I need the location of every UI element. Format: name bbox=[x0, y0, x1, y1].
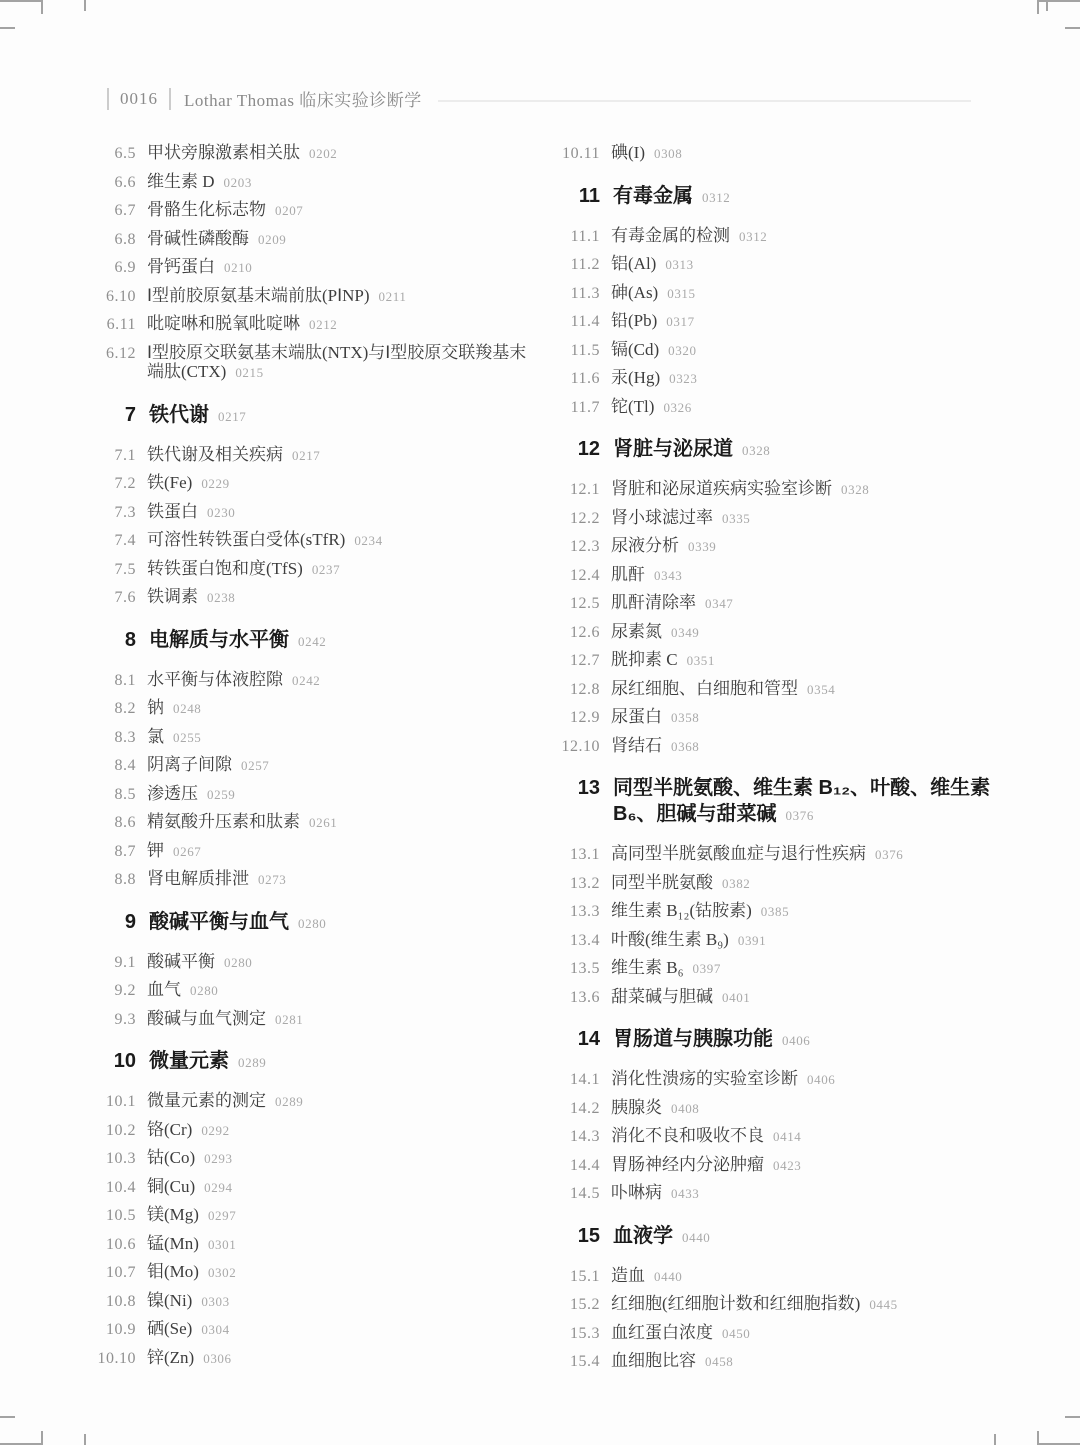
toc-entry-row: 7.3 铁蛋白0230 bbox=[88, 502, 540, 523]
toc-entry-page: 0323 bbox=[669, 371, 697, 386]
toc-chapter-number: 8 bbox=[88, 627, 136, 653]
toc-entry-title: 渗透压 bbox=[147, 784, 198, 803]
toc-entry-row: 7.1 铁代谢及相关疾病0217 bbox=[88, 445, 540, 466]
toc-entry-title: 铁(Fe) bbox=[147, 473, 192, 492]
toc-entry-title-wrap: 渗透压0259 bbox=[147, 784, 540, 805]
toc-entry-page: 0302 bbox=[208, 1265, 236, 1280]
toc-entry-title: 甜菜碱与胆碱 bbox=[611, 987, 713, 1006]
crop-line bbox=[41, 1431, 43, 1445]
toc-entry-number: 10.10 bbox=[88, 1349, 136, 1369]
toc-entry-number: 8.6 bbox=[88, 813, 136, 833]
toc-entry-number: 10.9 bbox=[88, 1320, 136, 1340]
toc-chapter-number: 11 bbox=[548, 183, 600, 209]
toc-entry-row: 15.2 红细胞(红细胞计数和红细胞指数)0445 bbox=[548, 1294, 1006, 1315]
toc-entry-title: 肾结石 bbox=[611, 736, 662, 755]
toc-entry-number: 10.1 bbox=[88, 1092, 136, 1112]
toc-entry-page: 0301 bbox=[208, 1237, 236, 1252]
toc-entry-title: 锰(Mn) bbox=[147, 1234, 199, 1253]
toc-entry-title-wrap: 胃肠神经内分泌肿瘤0423 bbox=[611, 1155, 1006, 1176]
toc-chapter-title: 血液学 bbox=[613, 1225, 673, 1247]
toc-entry-row: 7.6 铁调素0238 bbox=[88, 587, 540, 608]
toc-entry-title-wrap: 造血0440 bbox=[611, 1266, 1006, 1287]
toc-entry-page: 0215 bbox=[235, 365, 263, 380]
toc-entry-row: 10.1 微量元素的测定0289 bbox=[88, 1091, 540, 1112]
toc-entry-number: 14.4 bbox=[548, 1156, 600, 1176]
toc-entry-page: 0306 bbox=[203, 1351, 231, 1366]
toc-entry-title-wrap: 镍(Ni)0303 bbox=[147, 1291, 540, 1312]
toc-entry-row: 8.4 阴离子间隙0257 bbox=[88, 755, 540, 776]
toc-entry-row: 10.3 钴(Co)0293 bbox=[88, 1148, 540, 1169]
toc-entry-page: 0259 bbox=[207, 787, 235, 802]
toc-entry-title-wrap: 肾电解质排泄0273 bbox=[147, 869, 540, 890]
toc-entry-row: 12.7 胱抑素 C0351 bbox=[548, 650, 1006, 671]
toc-entry-title-wrap: 血气0280 bbox=[147, 980, 540, 1001]
toc-entry-title: 骨骼生化标志物 bbox=[147, 200, 266, 219]
toc-entry-row: 12.6 尿素氮0349 bbox=[548, 622, 1006, 643]
crop-line bbox=[1037, 1431, 1039, 1445]
toc-entry-page: 0433 bbox=[671, 1186, 699, 1201]
toc-entry-page: 0273 bbox=[258, 872, 286, 887]
toc-entry-row: 8.5 渗透压0259 bbox=[88, 784, 540, 805]
toc-entry-title-wrap: 胰腺炎0408 bbox=[611, 1098, 1006, 1119]
toc-entry-page: 0382 bbox=[722, 876, 750, 891]
running-book-title: Lothar Thomas 临床实验诊断学 bbox=[184, 86, 422, 111]
toc-entry-number: 15.3 bbox=[548, 1324, 600, 1344]
crop-line bbox=[1065, 1416, 1080, 1418]
toc-entry-row: 6.5 甲状旁腺激素相关肽0202 bbox=[88, 143, 540, 164]
toc-entry-title-wrap: 汞(Hg)0323 bbox=[611, 368, 1006, 389]
toc-entry-page: 0445 bbox=[869, 1297, 897, 1312]
toc-entry-row: 12.5 肌酐清除率0347 bbox=[548, 593, 1006, 614]
toc-entry-row: 9.1 酸碱平衡0280 bbox=[88, 952, 540, 973]
toc-entry-page: 0414 bbox=[773, 1129, 801, 1144]
toc-entry-page: 0255 bbox=[173, 730, 201, 745]
toc-entry-title: 钴(Co) bbox=[147, 1148, 195, 1167]
toc-entry-number: 10.7 bbox=[88, 1263, 136, 1283]
toc-entry-number: 15.2 bbox=[548, 1295, 600, 1315]
toc-entry-number: 8.3 bbox=[88, 728, 136, 748]
toc-entry-page: 0237 bbox=[312, 562, 340, 577]
toc-entry-title-wrap: 钼(Mo)0302 bbox=[147, 1262, 540, 1283]
toc-entry-title-wrap: 铅(Pb)0317 bbox=[611, 311, 1006, 332]
toc-entry-page: 0229 bbox=[201, 476, 229, 491]
toc-entry-number: 14.3 bbox=[548, 1127, 600, 1147]
toc-entry-row: 12.1 肾脏和泌尿道疾病实验室诊断0328 bbox=[548, 479, 1006, 500]
toc-entry-title-wrap: 骨碱性磷酸酶0209 bbox=[147, 229, 540, 250]
toc-entry-page: 0230 bbox=[207, 505, 235, 520]
toc-entry-title-wrap: 氯0255 bbox=[147, 727, 540, 748]
toc-entry-page: 0212 bbox=[309, 317, 337, 332]
toc-entry-page: 0315 bbox=[667, 286, 695, 301]
toc-entry-row: 10.7 钼(Mo)0302 bbox=[88, 1262, 540, 1283]
toc-entry-title-wrap: 尿素氮0349 bbox=[611, 622, 1006, 643]
toc-entry-title: 血气 bbox=[147, 980, 181, 999]
toc-entry-number: 15.4 bbox=[548, 1352, 600, 1372]
toc-entry-number: 11.2 bbox=[548, 255, 600, 275]
toc-entry-page: 0248 bbox=[173, 701, 201, 716]
crop-line bbox=[1065, 27, 1080, 29]
toc-entry-title-wrap: 阴离子间隙0257 bbox=[147, 755, 540, 776]
toc-entry-title-wrap: 同型半胱氨酸0382 bbox=[611, 873, 1006, 894]
toc-entry-title: 铊(Tl) bbox=[611, 397, 654, 416]
toc-entry-row: 8.1 水平衡与体液腔隙0242 bbox=[88, 670, 540, 691]
toc-entry-number: 13.1 bbox=[548, 845, 600, 865]
toc-entry-number: 14.2 bbox=[548, 1099, 600, 1119]
toc-entry-title: 钼(Mo) bbox=[147, 1262, 199, 1281]
toc-chapter-page: 0328 bbox=[742, 443, 770, 458]
toc-entry-row: 6.6 维生素 D0203 bbox=[88, 172, 540, 193]
toc-entry-number: 12.7 bbox=[548, 651, 600, 671]
toc-entry-number: 9.2 bbox=[88, 981, 136, 1001]
toc-entry-row: 10.11 碘(I)0308 bbox=[548, 143, 1006, 164]
toc-entry-number: 6.10 bbox=[88, 287, 136, 307]
toc-chapter-title: 肾脏与泌尿道 bbox=[613, 438, 733, 460]
toc-entry-row: 13.2 同型半胱氨酸0382 bbox=[548, 873, 1006, 894]
toc-entry-page: 0408 bbox=[671, 1101, 699, 1116]
toc-entry-title: 骨钙蛋白 bbox=[147, 257, 215, 276]
toc-entry-number: 6.7 bbox=[88, 201, 136, 221]
toc-chapter-page: 0242 bbox=[298, 634, 326, 649]
toc-entry-title: 酸碱与血气测定 bbox=[147, 1009, 266, 1028]
toc-entry-title: 铬(Cr) bbox=[147, 1120, 192, 1139]
toc-entry-row: 11.4 铅(Pb)0317 bbox=[548, 311, 1006, 332]
toc-entry-page: 0354 bbox=[807, 682, 835, 697]
toc-entry-number: 10.6 bbox=[88, 1235, 136, 1255]
toc-entry-row: 15.3 血红蛋白浓度0450 bbox=[548, 1323, 1006, 1344]
toc-entry-page: 0210 bbox=[224, 260, 252, 275]
toc-entry-title: 锌(Zn) bbox=[147, 1348, 194, 1367]
toc-entry-title: 酸碱平衡 bbox=[147, 952, 215, 971]
toc-entry-title-wrap: 血红蛋白浓度0450 bbox=[611, 1323, 1006, 1344]
toc-entry-title-wrap: 维生素 B₁₂(钴胺素)0385 bbox=[611, 901, 1006, 922]
toc-chapter-title: 酸碱平衡与血气 bbox=[149, 911, 289, 933]
toc-chapter-title-wrap: 血液学0440 bbox=[613, 1223, 1006, 1251]
toc-chapter-row: 15 血液学0440 bbox=[548, 1223, 1006, 1251]
toc-entry-number: 6.9 bbox=[88, 258, 136, 278]
toc-entry-row: 12.9 尿蛋白0358 bbox=[548, 707, 1006, 728]
toc-entry-title-wrap: 消化不良和吸收不良0414 bbox=[611, 1126, 1006, 1147]
toc-entry-title-wrap: 酸碱与血气测定0281 bbox=[147, 1009, 540, 1030]
toc-entry-page: 0397 bbox=[693, 961, 721, 976]
toc-entry-page: 0257 bbox=[241, 758, 269, 773]
toc-entry-number: 12.4 bbox=[548, 566, 600, 586]
toc-entry-page: 0217 bbox=[292, 448, 320, 463]
toc-entry-number: 11.6 bbox=[548, 369, 600, 389]
toc-entry-number: 10.2 bbox=[88, 1121, 136, 1141]
toc-entry-title: 镉(Cd) bbox=[611, 340, 659, 359]
toc-entry-number: 8.1 bbox=[88, 671, 136, 691]
toc-entry-row: 14.5 卟啉病0433 bbox=[548, 1183, 1006, 1204]
toc-entry-row: 11.5 镉(Cd)0320 bbox=[548, 340, 1006, 361]
toc-entry-title: 尿蛋白 bbox=[611, 707, 662, 726]
toc-entry-title-wrap: 钴(Co)0293 bbox=[147, 1148, 540, 1169]
toc-entry-title: 钾 bbox=[147, 841, 164, 860]
toc-chapter-row: 8 电解质与水平衡0242 bbox=[88, 627, 540, 655]
toc-entry-title-wrap: 红细胞(红细胞计数和红细胞指数)0445 bbox=[611, 1294, 1006, 1315]
toc-entry-number: 7.5 bbox=[88, 560, 136, 580]
toc-chapter-row: 14 胃肠道与胰腺功能0406 bbox=[548, 1026, 1006, 1054]
toc-entry-page: 0385 bbox=[761, 904, 789, 919]
toc-entry-number: 11.5 bbox=[548, 341, 600, 361]
toc-entry-title-wrap: 肾脏和泌尿道疾病实验室诊断0328 bbox=[611, 479, 1006, 500]
header-divider-bar bbox=[107, 88, 109, 110]
toc-entry-title: 维生素 B₆ bbox=[611, 958, 684, 977]
toc-entry-number: 15.1 bbox=[548, 1267, 600, 1287]
toc-entry-title-wrap: 钾0267 bbox=[147, 841, 540, 862]
toc-entry-page: 0349 bbox=[671, 625, 699, 640]
toc-entry-row: 11.2 铝(Al)0313 bbox=[548, 254, 1006, 275]
toc-entry-row: 7.4 可溶性转铁蛋白受体(sTfR)0234 bbox=[88, 530, 540, 551]
toc-entry-page: 0203 bbox=[224, 175, 252, 190]
toc-entry-title: 微量元素的测定 bbox=[147, 1091, 266, 1110]
toc-chapter-title: 有毒金属 bbox=[613, 185, 693, 207]
toc-entry-title: 精氨酸升压素和肽素 bbox=[147, 812, 300, 831]
toc-entry-row: 14.2 胰腺炎0408 bbox=[548, 1098, 1006, 1119]
toc-chapter-page: 0376 bbox=[786, 808, 814, 823]
toc-chapter-title-wrap: 肾脏与泌尿道0328 bbox=[613, 436, 1006, 464]
toc-entry-title-wrap: 锰(Mn)0301 bbox=[147, 1234, 540, 1255]
toc-entry-number: 9.1 bbox=[88, 953, 136, 973]
toc-entry-title-wrap: 铬(Cr)0292 bbox=[147, 1120, 540, 1141]
toc-entry-title: 胱抑素 C bbox=[611, 650, 678, 669]
toc-entry-row: 7.2 铁(Fe)0229 bbox=[88, 473, 540, 494]
toc-entry-number: 7.2 bbox=[88, 474, 136, 494]
toc-entry-number: 10.5 bbox=[88, 1206, 136, 1226]
toc-entry-title-wrap: 尿液分析0339 bbox=[611, 536, 1006, 557]
toc-entry-page: 0308 bbox=[654, 146, 682, 161]
toc-entry-page: 0207 bbox=[275, 203, 303, 218]
toc-entry-row: 9.3 酸碱与血气测定0281 bbox=[88, 1009, 540, 1030]
toc-entry-row: 10.2 铬(Cr)0292 bbox=[88, 1120, 540, 1141]
toc-entry-row: 6.9 骨钙蛋白0210 bbox=[88, 257, 540, 278]
toc-chapter-title-wrap: 有毒金属0312 bbox=[613, 183, 1006, 211]
toc-entry-row: 6.12 Ⅰ型胶原交联氨基末端肽(NTX)与Ⅰ型胶原交联羧基末端肽(CTX)02… bbox=[88, 343, 540, 383]
toc-entry-title-wrap: 镉(Cd)0320 bbox=[611, 340, 1006, 361]
toc-entry-row: 14.1 消化性溃疡的实验室诊断0406 bbox=[548, 1069, 1006, 1090]
toc-entry-row: 14.4 胃肠神经内分泌肿瘤0423 bbox=[548, 1155, 1006, 1176]
toc-chapter-row: 12 肾脏与泌尿道0328 bbox=[548, 436, 1006, 464]
toc-entry-title-wrap: 镁(Mg)0297 bbox=[147, 1205, 540, 1226]
toc-entry-title-wrap: 肌酐清除率0347 bbox=[611, 593, 1006, 614]
toc-entry-number: 13.2 bbox=[548, 874, 600, 894]
toc-entry-title: 铅(Pb) bbox=[611, 311, 657, 330]
toc-entry-row: 6.11 吡啶啉和脱氧吡啶啉0212 bbox=[88, 314, 540, 335]
toc-entry-number: 8.8 bbox=[88, 870, 136, 890]
toc-entry-page: 0320 bbox=[668, 343, 696, 358]
toc-entry-number: 12.3 bbox=[548, 537, 600, 557]
toc-entry-title-wrap: 甜菜碱与胆碱0401 bbox=[611, 987, 1006, 1008]
toc-entry-page: 0281 bbox=[275, 1012, 303, 1027]
toc-entry-number: 12.6 bbox=[548, 623, 600, 643]
toc-entry-page: 0238 bbox=[207, 590, 235, 605]
toc-entry-number: 6.5 bbox=[88, 144, 136, 164]
toc-entry-number: 9.3 bbox=[88, 1010, 136, 1030]
toc-entry-title-wrap: 血细胞比容0458 bbox=[611, 1351, 1006, 1372]
crop-line bbox=[0, 27, 15, 29]
toc-entry-title-wrap: 叶酸(维生素 B₉)0391 bbox=[611, 930, 1006, 951]
toc-entry-title: 转铁蛋白饱和度(TfS) bbox=[147, 559, 303, 578]
toc-entry-title-wrap: 碘(I)0308 bbox=[611, 143, 1006, 164]
toc-entry-row: 10.5 镁(Mg)0297 bbox=[88, 1205, 540, 1226]
toc-chapter-row: 13 同型半胱氨酸、维生素 B₁₂、叶酸、维生素 B₆、胆碱与甜菜碱0376 bbox=[548, 775, 1006, 829]
toc-entry-title-wrap: 骨钙蛋白0210 bbox=[147, 257, 540, 278]
toc-entry-number: 11.3 bbox=[548, 284, 600, 304]
crop-line bbox=[0, 1416, 15, 1418]
toc-entry-row: 8.3 氯0255 bbox=[88, 727, 540, 748]
toc-entry-page: 0347 bbox=[705, 596, 733, 611]
toc-entry-title: 红细胞(红细胞计数和红细胞指数) bbox=[611, 1294, 860, 1313]
toc-chapter-number: 14 bbox=[548, 1026, 600, 1052]
toc-entry-number: 11.1 bbox=[548, 227, 600, 247]
toc-entry-title-wrap: 酸碱平衡0280 bbox=[147, 952, 540, 973]
toc-entry-row: 7.5 转铁蛋白饱和度(TfS)0237 bbox=[88, 559, 540, 580]
toc-entry-row: 8.8 肾电解质排泄0273 bbox=[88, 869, 540, 890]
toc-entry-number: 7.1 bbox=[88, 446, 136, 466]
toc-entry-title: 铁蛋白 bbox=[147, 502, 198, 521]
toc-entry-title: 血细胞比容 bbox=[611, 1351, 696, 1370]
toc-entry-title-wrap: 有毒金属的检测0312 bbox=[611, 226, 1006, 247]
toc-entry-number: 8.2 bbox=[88, 699, 136, 719]
toc-entry-title: 维生素 D bbox=[147, 172, 215, 191]
toc-entry-title: 肾电解质排泄 bbox=[147, 869, 249, 888]
page-header: 0016 Lothar Thomas 临床实验诊断学 bbox=[107, 86, 971, 111]
toc-entry-row: 13.3 维生素 B₁₂(钴胺素)0385 bbox=[548, 901, 1006, 922]
toc-entry-page: 0391 bbox=[738, 933, 766, 948]
toc-entry-title-wrap: 尿红细胞、白细胞和管型0354 bbox=[611, 679, 1006, 700]
toc-entry-title: Ⅰ型前胶原氨基末端前肽(PⅠNP) bbox=[147, 286, 370, 305]
toc-chapter-title-wrap: 同型半胱氨酸、维生素 B₁₂、叶酸、维生素 B₆、胆碱与甜菜碱0376 bbox=[613, 775, 1006, 829]
toc-entry-number: 8.7 bbox=[88, 842, 136, 862]
toc-entry-number: 10.3 bbox=[88, 1149, 136, 1169]
toc-chapter-title-wrap: 酸碱平衡与血气0280 bbox=[149, 909, 540, 937]
toc-entry-title: 肾脏和泌尿道疾病实验室诊断 bbox=[611, 479, 832, 498]
toc-entry-row: 14.3 消化不良和吸收不良0414 bbox=[548, 1126, 1006, 1147]
toc-entry-title: 胰腺炎 bbox=[611, 1098, 662, 1117]
toc-entry-page: 0297 bbox=[208, 1208, 236, 1223]
toc-entry-title-wrap: 精氨酸升压素和肽素0261 bbox=[147, 812, 540, 833]
toc-entry-title: Ⅰ型胶原交联氨基末端肽(NTX)与Ⅰ型胶原交联羧基末端肽(CTX) bbox=[147, 343, 526, 382]
toc-entry-page: 0328 bbox=[841, 482, 869, 497]
toc-entry-title: 有毒金属的检测 bbox=[611, 226, 730, 245]
toc-entry-number: 12.8 bbox=[548, 680, 600, 700]
toc-entry-page: 0293 bbox=[204, 1151, 232, 1166]
crop-line bbox=[41, 0, 43, 14]
toc-entry-title-wrap: 胱抑素 C0351 bbox=[611, 650, 1006, 671]
toc-entry-title-wrap: 维生素 B₆0397 bbox=[611, 958, 1006, 979]
toc-entry-title: 水平衡与体液腔隙 bbox=[147, 670, 283, 689]
toc-entry-title: 血红蛋白浓度 bbox=[611, 1323, 713, 1342]
toc-entry-number: 6.8 bbox=[88, 230, 136, 250]
toc-entry-page: 0211 bbox=[379, 289, 407, 304]
toc-entry-title-wrap: Ⅰ型胶原交联氨基末端肽(NTX)与Ⅰ型胶原交联羧基末端肽(CTX)0215 bbox=[147, 343, 540, 383]
toc-entry-title: 钠 bbox=[147, 698, 164, 717]
toc-chapter-number: 13 bbox=[548, 775, 600, 801]
toc-entry-title: 卟啉病 bbox=[611, 1183, 662, 1202]
toc-entry-page: 0242 bbox=[292, 673, 320, 688]
toc-entry-title: 阴离子间隙 bbox=[147, 755, 232, 774]
toc-chapter-number: 9 bbox=[88, 909, 136, 935]
toc-entry-row: 12.2 肾小球滤过率0335 bbox=[548, 508, 1006, 529]
toc-entry-row: 8.6 精氨酸升压素和肽素0261 bbox=[88, 812, 540, 833]
crop-line bbox=[1037, 0, 1080, 2]
toc-entry-number: 12.10 bbox=[548, 737, 600, 757]
toc-entry-number: 12.9 bbox=[548, 708, 600, 728]
header-rule bbox=[438, 100, 971, 102]
toc-entry-title-wrap: 肾小球滤过率0335 bbox=[611, 508, 1006, 529]
crop-line bbox=[84, 0, 86, 11]
toc-entry-title: 肌酐清除率 bbox=[611, 593, 696, 612]
toc-entry-title-wrap: 铝(Al)0313 bbox=[611, 254, 1006, 275]
toc-entry-title: 骨碱性磷酸酶 bbox=[147, 229, 249, 248]
toc-entry-page: 0376 bbox=[875, 847, 903, 862]
toc-entry-title-wrap: 锌(Zn)0306 bbox=[147, 1348, 540, 1369]
toc-entry-title: 砷(As) bbox=[611, 283, 658, 302]
toc-entry-number: 6.12 bbox=[88, 344, 136, 364]
toc-entry-title-wrap: 吡啶啉和脱氧吡啶啉0212 bbox=[147, 314, 540, 335]
toc-entry-title: 叶酸(维生素 B₉) bbox=[611, 930, 729, 949]
toc-entry-page: 0343 bbox=[654, 568, 682, 583]
toc-entry-number: 10.4 bbox=[88, 1178, 136, 1198]
toc-entry-title-wrap: 水平衡与体液腔隙0242 bbox=[147, 670, 540, 691]
toc-entry-row: 11.6 汞(Hg)0323 bbox=[548, 368, 1006, 389]
toc-entry-page: 0202 bbox=[309, 146, 337, 161]
toc-entry-row: 10.4 铜(Cu)0294 bbox=[88, 1177, 540, 1198]
toc-entry-title-wrap: 骨骼生化标志物0207 bbox=[147, 200, 540, 221]
crop-line bbox=[1037, 0, 1039, 14]
toc-entry-row: 8.2 钠0248 bbox=[88, 698, 540, 719]
folio-page-number: 0016 bbox=[120, 89, 158, 109]
toc-entry-page: 0209 bbox=[258, 232, 286, 247]
toc-chapter-title: 胃肠道与胰腺功能 bbox=[613, 1028, 773, 1050]
toc-entry-number: 13.3 bbox=[548, 902, 600, 922]
crop-line bbox=[84, 1434, 86, 1445]
toc-entry-page: 0280 bbox=[190, 983, 218, 998]
toc-entry-title: 尿液分析 bbox=[611, 536, 679, 555]
toc-chapter-title-wrap: 胃肠道与胰腺功能0406 bbox=[613, 1026, 1006, 1054]
toc-chapter-page: 0440 bbox=[682, 1230, 710, 1245]
toc-chapter-page: 0280 bbox=[298, 916, 326, 931]
toc-entry-title: 尿红细胞、白细胞和管型 bbox=[611, 679, 798, 698]
toc-entry-page: 0335 bbox=[722, 511, 750, 526]
toc-entry-title-wrap: 消化性溃疡的实验室诊断0406 bbox=[611, 1069, 1006, 1090]
toc-chapter-title-wrap: 铁代谢0217 bbox=[149, 402, 540, 430]
toc-entry-title-wrap: 肾结石0368 bbox=[611, 736, 1006, 757]
toc-entry-title: 铝(Al) bbox=[611, 254, 656, 273]
toc-entry-title-wrap: 铁蛋白0230 bbox=[147, 502, 540, 523]
toc-chapter-title: 微量元素 bbox=[149, 1050, 229, 1072]
toc-entry-page: 0289 bbox=[275, 1094, 303, 1109]
toc-entry-row: 15.4 血细胞比容0458 bbox=[548, 1351, 1006, 1372]
toc-entry-number: 8.4 bbox=[88, 756, 136, 776]
crop-line bbox=[994, 1434, 996, 1445]
toc-entry-title-wrap: 铊(Tl)0326 bbox=[611, 397, 1006, 418]
toc-entry-title: 同型半胱氨酸 bbox=[611, 873, 713, 892]
toc-entry-title: 硒(Se) bbox=[147, 1319, 192, 1338]
toc-entry-row: 11.1 有毒金属的检测0312 bbox=[548, 226, 1006, 247]
toc-entry-number: 6.6 bbox=[88, 173, 136, 193]
toc-entry-row: 9.2 血气0280 bbox=[88, 980, 540, 1001]
toc-chapter-title: 电解质与水平衡 bbox=[149, 629, 289, 651]
toc-entry-row: 12.8 尿红细胞、白细胞和管型0354 bbox=[548, 679, 1006, 700]
toc-entry-page: 0401 bbox=[722, 990, 750, 1005]
toc-entry-page: 0317 bbox=[666, 314, 694, 329]
toc-entry-number: 6.11 bbox=[88, 315, 136, 335]
toc-entry-page: 0294 bbox=[204, 1180, 232, 1195]
toc-entry-number: 7.4 bbox=[88, 531, 136, 551]
toc-entry-title-wrap: 铁(Fe)0229 bbox=[147, 473, 540, 494]
toc-entry-title: 碘(I) bbox=[611, 143, 645, 162]
toc-entry-number: 7.6 bbox=[88, 588, 136, 608]
